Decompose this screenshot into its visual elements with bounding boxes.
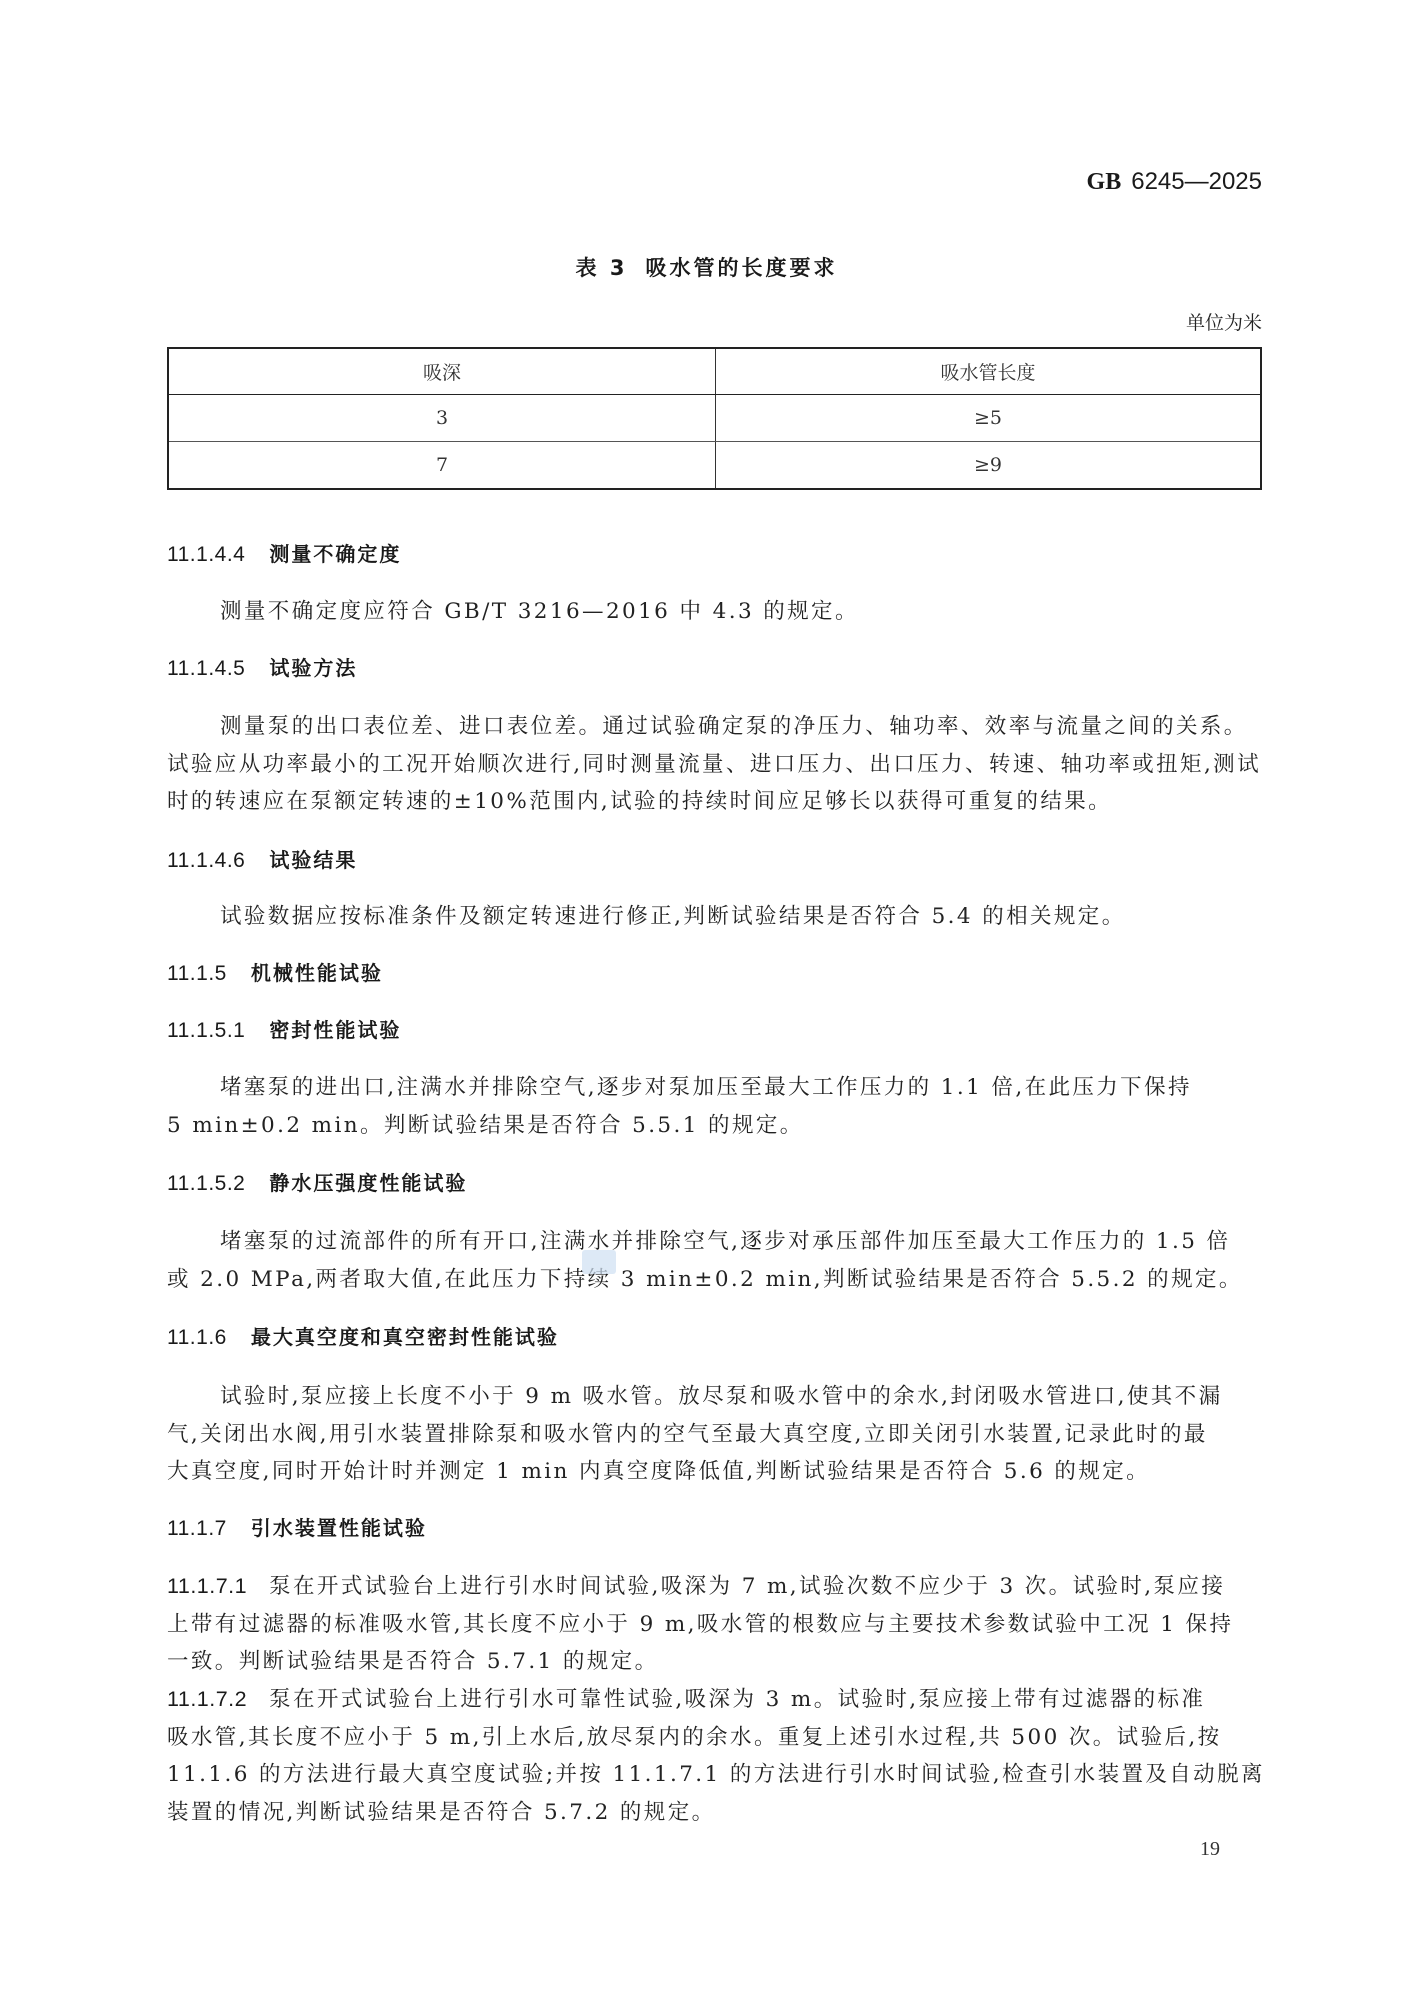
body-line: 装置的情况,判断试验结果是否符合 5.7.2 的规定。 [167,1794,1262,1832]
section-number: 11.1.6 [167,1326,227,1349]
section-title: 测量不确定度 [269,542,401,566]
section-title: 密封性能试验 [269,1018,401,1042]
body-line: 试验时,泵应接上长度不小于 9 m 吸水管。放尽泵和吸水管中的余水,封闭吸水管进… [220,1384,1222,1409]
table-header-row: 吸深 吸水管长度 [168,348,1261,395]
section-body-11-1-4-6: 试验数据应按标准条件及额定转速进行修正,判断试验结果是否符合 5.4 的相关规定… [167,898,1262,936]
table-row: 3 ≥5 [168,395,1261,442]
body-line: 吸水管,其长度不应小于 5 m,引上水后,放尽泵内的余水。重复上述引水过程,共 … [167,1719,1262,1757]
column-header-pipe-length: 吸水管长度 [716,348,1262,395]
section-number: 11.1.5 [167,962,227,985]
section-heading-11-1-7: 11.1.7引水装置性能试验 [167,1513,427,1544]
body-line: 试验应从功率最小的工况开始顺次进行,同时测量流量、进口压力、出口压力、转速、轴功… [167,746,1262,784]
section-number: 11.1.4.4 [167,543,245,566]
section-number: 11.1.7 [167,1517,227,1540]
section-number: 11.1.4.5 [167,657,245,680]
section-title: 最大真空度和真空密封性能试验 [251,1325,559,1349]
section-heading-11-1-4-5: 11.1.4.5试验方法 [167,653,357,684]
section-title: 静水压强度性能试验 [269,1171,467,1195]
cell-pipe-length: ≥5 [716,395,1262,442]
body-line: 测量泵的出口表位差、进口表位差。通过试验确定泵的净压力、轴功率、效率与流量之间的… [220,714,1248,739]
suction-pipe-length-table: 吸深 吸水管长度 3 ≥5 7 ≥9 [167,347,1262,490]
body-line: 堵塞泵的进出口,注满水并排除空气,逐步对泵加压至最大工作压力的 1.1 倍,在此… [220,1075,1192,1100]
body-line: 试验数据应按标准条件及额定转速进行修正,判断试验结果是否符合 5.4 的相关规定… [220,904,1126,929]
section-title: 机械性能试验 [251,961,383,985]
cell-pipe-length: ≥9 [716,442,1262,490]
section-body-11-1-6: 试验时,泵应接上长度不小于 9 m 吸水管。放尽泵和吸水管中的余水,封闭吸水管进… [167,1378,1262,1491]
body-line: 上带有过滤器的标准吸水管,其长度不应小于 9 m,吸水管的根数应与主要技术参数试… [167,1606,1262,1644]
page-number: 19 [1200,1838,1220,1861]
section-body-11-1-4-5: 测量泵的出口表位差、进口表位差。通过试验确定泵的净压力、轴功率、效率与流量之间的… [167,708,1262,821]
clause-11-1-7-2: 11.1.7.2泵在开式试验台上进行引水可靠性试验,吸深为 3 m。试验时,泵应… [167,1681,1262,1831]
section-title: 引水装置性能试验 [251,1516,427,1540]
body-line: 气,关闭出水阀,用引水装置排除泵和吸水管内的空气至最大真空度,立即关闭引水装置,… [167,1416,1262,1454]
section-title: 试验方法 [269,656,357,680]
body-line: 5 min±0.2 min。判断试验结果是否符合 5.5.1 的规定。 [167,1107,1262,1145]
section-heading-11-1-5: 11.1.5机械性能试验 [167,958,383,989]
body-line: 或 2.0 MPa,两者取大值,在此压力下持续 3 min±0.2 min,判断… [167,1261,1262,1299]
section-heading-11-1-5-2: 11.1.5.2静水压强度性能试验 [167,1168,467,1199]
standard-number: 6245—2025 [1131,168,1262,195]
body-line: 堵塞泵的过流部件的所有开口,注满水并排除空气,逐步对承压部件加压至最大工作压力的… [220,1229,1230,1254]
section-heading-11-1-5-1: 11.1.5.1密封性能试验 [167,1015,401,1046]
section-body-11-1-5-1: 堵塞泵的进出口,注满水并排除空气,逐步对泵加压至最大工作压力的 1.1 倍,在此… [167,1069,1262,1144]
clause-11-1-7-1: 11.1.7.1泵在开式试验台上进行引水时间试验,吸深为 7 m,试验次数不应少… [167,1568,1262,1681]
table-caption: 吸水管的长度要求 [645,256,837,280]
section-number: 11.1.5.2 [167,1172,245,1195]
section-body-11-1-4-4: 测量不确定度应符合 GB/T 3216—2016 中 4.3 的规定。 [167,593,1262,631]
standard-header: GB6245—2025 [1087,166,1262,198]
table-label: 表 3 [576,256,628,280]
body-line: 11.1.6 的方法进行最大真空度试验;并按 11.1.7.1 的方法进行引水时… [167,1756,1262,1794]
section-body-11-1-5-2: 堵塞泵的过流部件的所有开口,注满水并排除空气,逐步对承压部件加压至最大工作压力的… [167,1223,1262,1298]
section-number: 11.1.5.1 [167,1019,245,1042]
body-line: 一致。判断试验结果是否符合 5.7.1 的规定。 [167,1643,1262,1681]
cell-suction-depth: 7 [168,442,716,490]
watermark-mark [582,1250,616,1274]
column-header-suction-depth: 吸深 [168,348,716,395]
document-page: GB6245—2025 表 3吸水管的长度要求 单位为米 吸深 吸水管长度 3 … [0,0,1413,2000]
section-heading-11-1-4-4: 11.1.4.4测量不确定度 [167,539,401,570]
body-line: 泵在开式试验台上进行引水时间试验,吸深为 7 m,试验次数不应少于 3 次。试验… [269,1574,1225,1599]
body-line: 泵在开式试验台上进行引水可靠性试验,吸深为 3 m。试验时,泵应接上带有过滤器的… [269,1687,1205,1712]
section-number: 11.1.4.6 [167,849,245,872]
standard-prefix: GB [1087,169,1122,195]
unit-note: 单位为米 [1186,308,1262,338]
section-heading-11-1-4-6: 11.1.4.6试验结果 [167,845,357,876]
table-title: 表 3吸水管的长度要求 [0,252,1413,284]
clause-number: 11.1.7.1 [167,1574,247,1598]
section-title: 试验结果 [269,848,357,872]
table-row: 7 ≥9 [168,442,1261,490]
body-line: 时的转速应在泵额定转速的±10%范围内,试验的持续时间应足够长以获得可重复的结果… [167,783,1262,821]
clause-number: 11.1.7.2 [167,1687,247,1711]
section-heading-11-1-6: 11.1.6最大真空度和真空密封性能试验 [167,1322,559,1353]
body-line: 大真空度,同时开始计时并测定 1 min 内真空度降低值,判断试验结果是否符合 … [167,1453,1262,1491]
cell-suction-depth: 3 [168,395,716,442]
body-line: 测量不确定度应符合 GB/T 3216—2016 中 4.3 的规定。 [220,599,859,624]
